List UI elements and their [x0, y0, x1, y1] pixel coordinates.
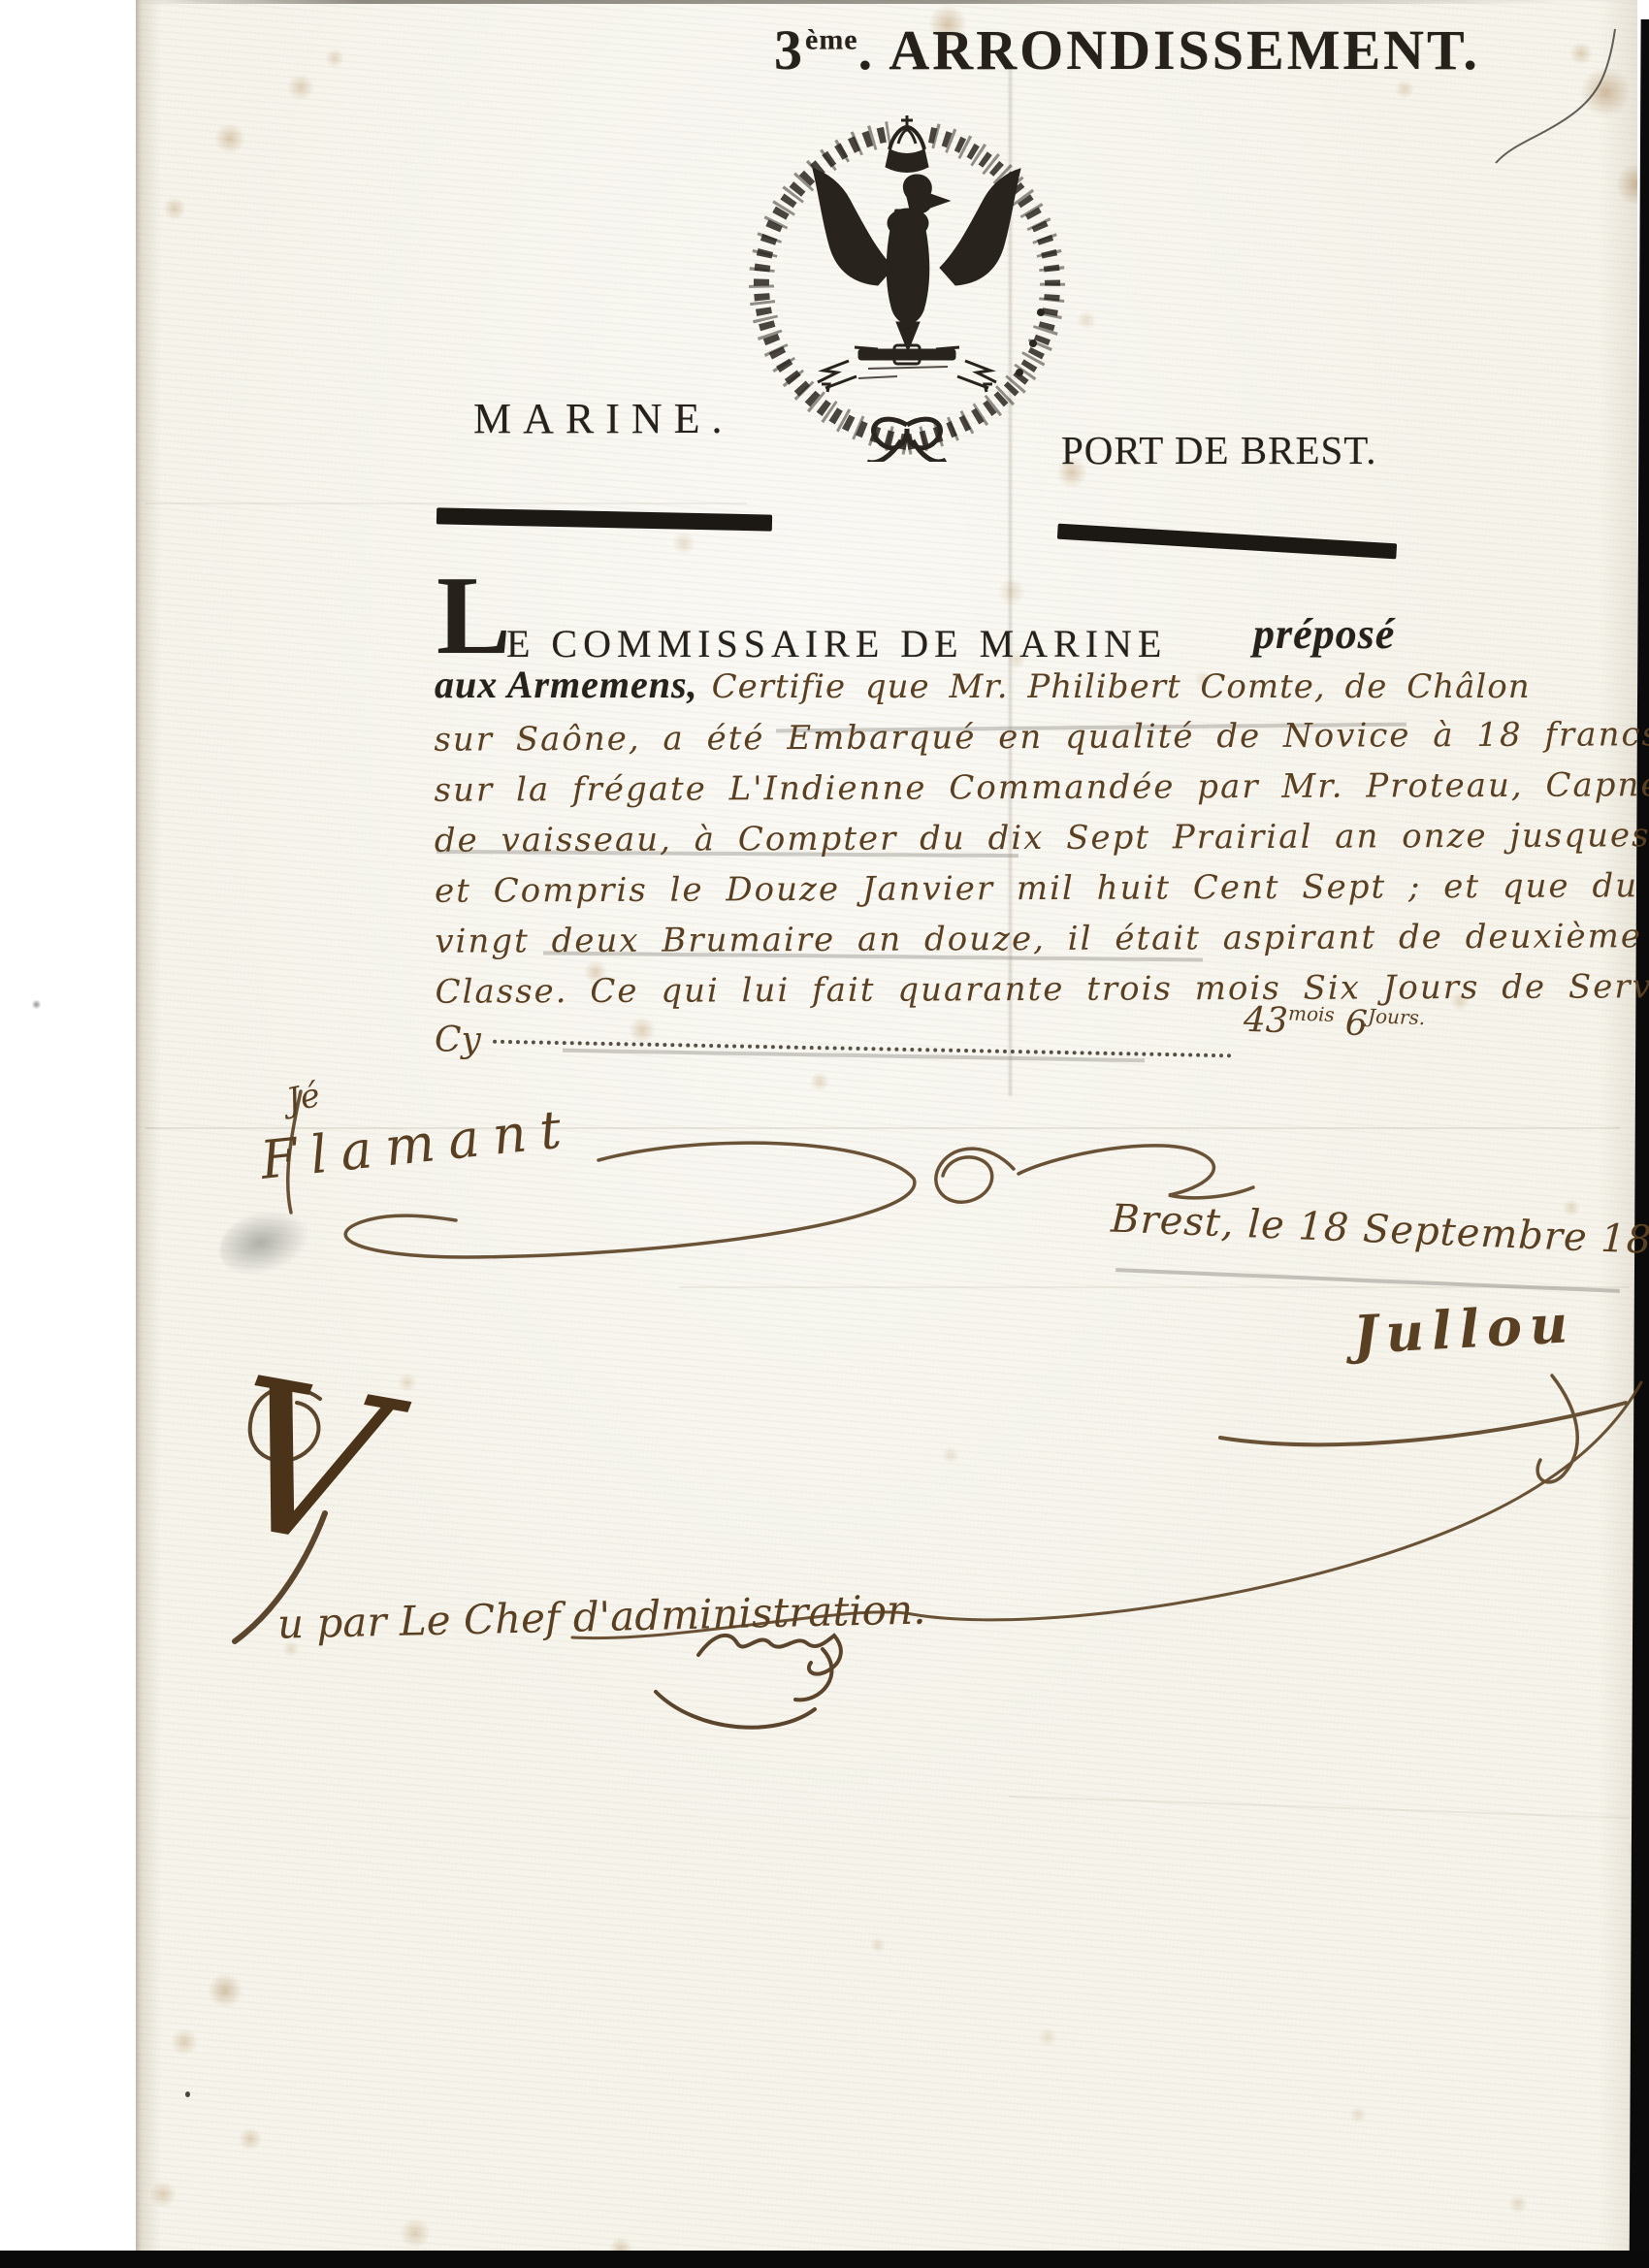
handwritten-line: et Compris le Douze Janvier mil huit Cen…: [435, 866, 1637, 922]
lead-italic-word: préposé: [1253, 609, 1395, 659]
handwritten-line: Certifie que Mr. Philibert Comte, de Châ…: [712, 667, 1531, 706]
district-title: . ARRONDISSEMENT.: [858, 18, 1480, 81]
lead-dropcap: L: [436, 560, 511, 671]
commissaire-signature: Jullou: [1351, 1292, 1576, 1366]
handwritten-line: sur la frégate L'Indienne Commandée par …: [435, 765, 1637, 821]
handwritten-line: Classe. Ce qui lui fait quarante trois m…: [435, 967, 1637, 1022]
imperial-eagle-emblem: [732, 105, 1082, 462]
district-ordinal: ème: [805, 24, 858, 56]
district-heading: 3ème. ARRONDISSEMENT.: [774, 17, 1480, 82]
thunderbolt-icon: [818, 361, 996, 392]
ribbon-bow-icon: [867, 419, 946, 462]
handwritten-line: vingt deux Brumaire an douze, il était a…: [435, 917, 1637, 972]
printed-aux-armemens: aux Armemens,: [435, 663, 698, 706]
total-days-unit: Jours.: [1368, 1004, 1426, 1029]
certificate-line: aux Armemens,Certifie que Mr. Philibert …: [435, 662, 1531, 707]
scanner-glass-speck: [32, 999, 41, 1010]
horizontal-crease: [145, 502, 747, 504]
handwritten-body: sur Saône, a été Embarqué en qualité de …: [434, 715, 1637, 1022]
masthead-right-title: PORT DE BREST.: [1061, 427, 1377, 473]
ink-fleck: [185, 2091, 190, 2097]
paper-top-edge-shadow: [136, 0, 1637, 4]
total-months-unit: mois: [1288, 1001, 1335, 1026]
handwritten-line: sur Saône, a été Embarqué en qualité de …: [434, 715, 1636, 770]
masthead-left-title: MARINE.: [473, 394, 734, 443]
handwritten-line: de vaisseau, à Compter du dix Sept Prair…: [435, 816, 1637, 871]
total-service-value: 43mois 6Jours.: [1243, 1000, 1425, 1047]
scanned-document: 3ème. ARRONDISSEMENT.: [0, 0, 1649, 2268]
total-prefix: Cy: [435, 1021, 481, 1060]
total-days-value: 6: [1344, 1003, 1368, 1044]
total-months-value: 43: [1243, 1000, 1288, 1042]
lead-smallcaps: E COMMISSAIRE DE MARINE: [506, 621, 1167, 666]
eagle-icon: [813, 169, 1020, 364]
district-numeral: 3: [774, 18, 805, 81]
scanner-bottom-edge: [0, 2251, 1649, 2268]
crown-icon: [886, 115, 928, 173]
